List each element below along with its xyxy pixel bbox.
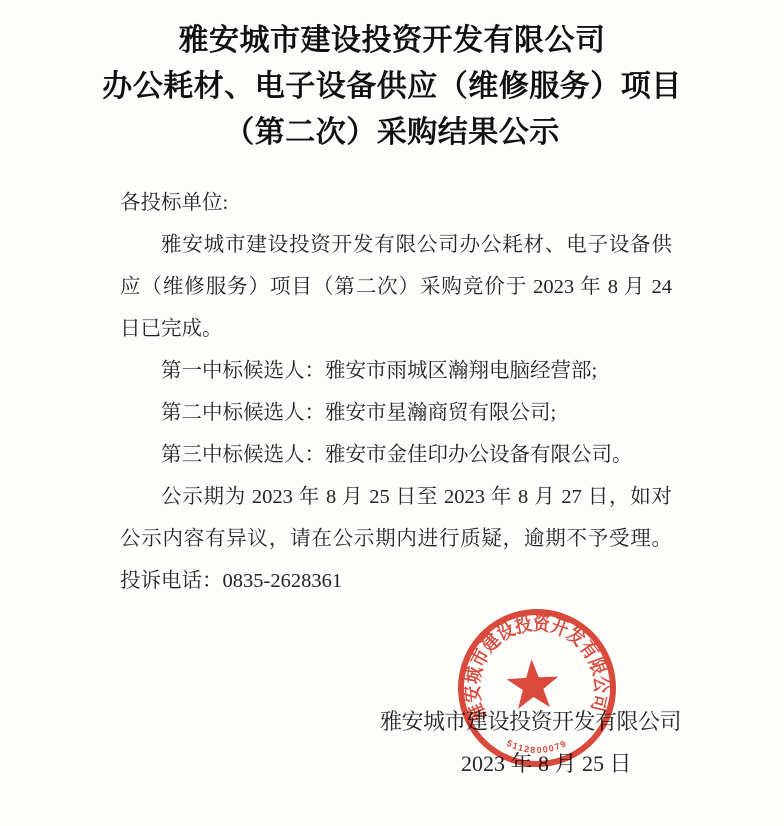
seal-arc-textpath: 雅安城市建设投资开发有限公司 xyxy=(456,607,615,725)
candidate-1-line: 第一中标候选人：雅安市雨城区瀚翔电脑经营部; xyxy=(120,350,672,392)
seal-code-textpath: 5112800079 xyxy=(505,735,571,757)
intro-line-3: 日已完成。 xyxy=(120,308,672,350)
title-line-3: （第二次）采购结果公示 xyxy=(0,110,784,156)
title-line-1: 雅安城市建设投资开发有限公司 xyxy=(0,18,784,64)
seal-arc-label: 雅安城市建设投资开发有限公司 xyxy=(456,607,615,725)
notice-line-1: 公示期为 2023 年 8 月 25 日至 2023 年 8 月 27 日，如对 xyxy=(120,476,672,518)
title-line-2: 办公耗材、电子设备供应（维修服务）项目 xyxy=(0,64,784,110)
notice-line-2: 公示内容有异议，请在公示期内进行质疑，逾期不予受理。 xyxy=(120,518,672,560)
intro-line-1: 雅安城市建设投资开发有限公司办公耗材、电子设备供 xyxy=(120,224,672,266)
seal-star-icon xyxy=(506,658,560,709)
seal-code-label: 5112800079 xyxy=(505,735,571,757)
body-text: 各投标单位: 雅安城市建设投资开发有限公司办公耗材、电子设备供 应（维修服务）项… xyxy=(120,182,672,602)
intro-line-2: 应（维修服务）项目（第二次）采购竞价于 2023 年 8 月 24 xyxy=(120,266,672,308)
salutation-line: 各投标单位: xyxy=(120,182,672,224)
document-title: 雅安城市建设投资开发有限公司 办公耗材、电子设备供应（维修服务）项目 （第二次）… xyxy=(0,0,784,156)
document-page: 雅安城市建设投资开发有限公司 办公耗材、电子设备供应（维修服务）项目 （第二次）… xyxy=(0,0,784,826)
candidate-3-line: 第三中标候选人：雅安市金佳印办公设备有限公司。 xyxy=(120,434,672,476)
company-seal: 雅安城市建设投资开发有限公司 5112800079 xyxy=(416,567,658,809)
candidate-2-line: 第二中标候选人：雅安市星瀚商贸有限公司; xyxy=(120,392,672,434)
